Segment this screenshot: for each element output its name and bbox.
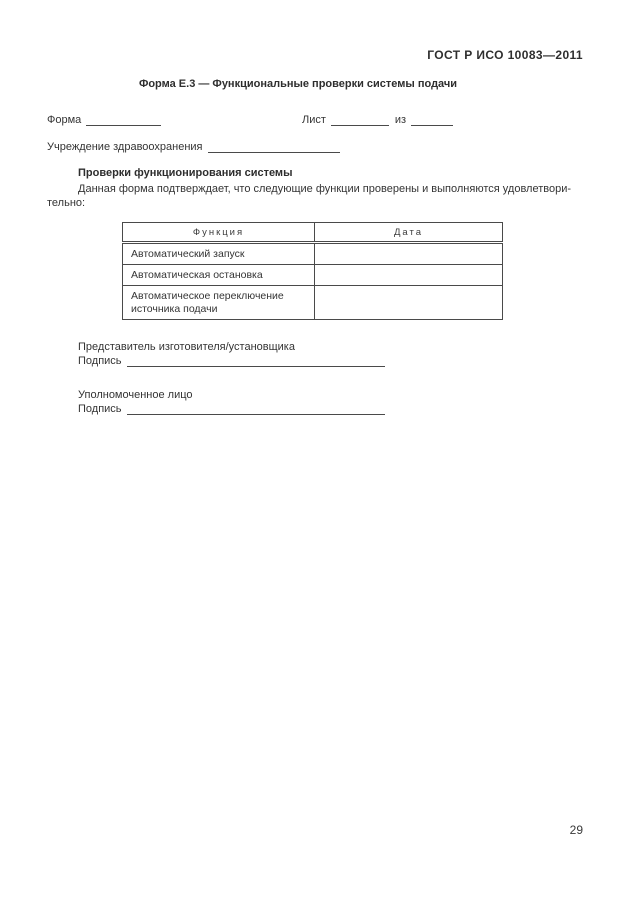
date-column-header: Дата (315, 223, 503, 243)
form-label: Форма (47, 114, 81, 126)
function-cell: Автоматическое переключение источника по… (123, 286, 315, 320)
document-page: ГОСТ Р ИСО 10083—2011 Форма Е.3 — Функци… (0, 0, 630, 913)
table-row: Автоматический запуск (123, 243, 503, 265)
function-column-header: Функция (123, 223, 315, 243)
institution-label: Учреждение здравоохранения (47, 141, 203, 153)
signature-line: Подпись (78, 402, 583, 416)
page-content: ГОСТ Р ИСО 10083—2011 Форма Е.3 — Функци… (47, 0, 583, 436)
signer-role: Представитель изготовителя/установщика (78, 340, 583, 354)
manufacturer-signature-block: Представитель изготовителя/установщика П… (78, 340, 583, 368)
sheet-group: Листиз (302, 114, 453, 126)
form-number-line: Форма Листиз (47, 114, 583, 129)
function-checks-table: Функция Дата Автоматический запуск Автом… (122, 222, 503, 320)
institution-line: Учреждение здравоохранения (47, 141, 583, 156)
of-label: из (395, 114, 406, 126)
signature-line: Подпись (78, 354, 583, 368)
table-header-row: Функция Дата (123, 223, 503, 243)
signature-label: Подпись (78, 403, 122, 415)
signature-label: Подпись (78, 355, 122, 367)
page-number: 29 (570, 823, 583, 837)
authorized-person-signature-block: Уполномоченное лицо Подпись (78, 388, 583, 416)
intro-line-1: Данная форма подтверждает, что следующие… (78, 182, 583, 196)
date-cell (315, 265, 503, 286)
date-cell (315, 286, 503, 320)
signature-section: Представитель изготовителя/установщика П… (78, 340, 583, 416)
running-header: ГОСТ Р ИСО 10083—2011 (47, 48, 583, 62)
sheet-label: Лист (302, 114, 326, 126)
signature-blank (127, 404, 385, 415)
table-row: Автоматическая остановка (123, 265, 503, 286)
table-row: Автоматическое переключение источника по… (123, 286, 503, 320)
signer-role: Уполномоченное лицо (78, 388, 583, 402)
function-cell: Автоматическая остановка (123, 265, 315, 286)
form-title: Форма Е.3 — Функциональные проверки сист… (47, 78, 583, 90)
intro-line-2: тельно: (47, 196, 583, 210)
date-cell (315, 243, 503, 265)
institution-blank (208, 142, 340, 153)
sheet-total-blank (411, 115, 453, 126)
signature-blank (127, 356, 385, 367)
function-cell: Автоматический запуск (123, 243, 315, 265)
sheet-number-blank (331, 115, 389, 126)
section-heading: Проверки функционирования системы (78, 167, 583, 179)
form-number-blank (86, 115, 161, 126)
intro-paragraph: Данная форма подтверждает, что следующие… (47, 182, 583, 210)
